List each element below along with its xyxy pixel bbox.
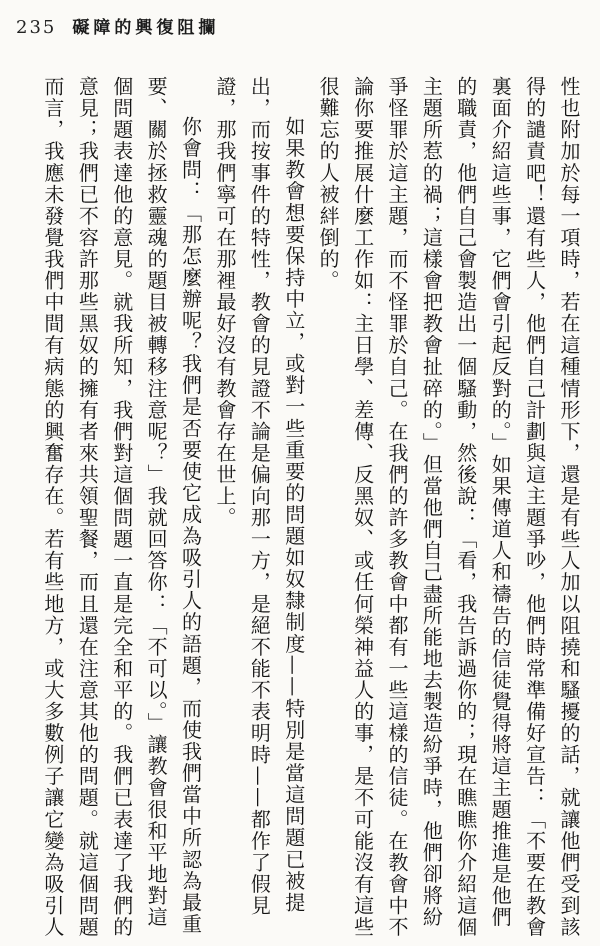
- page-number: 235: [16, 17, 56, 38]
- paragraph-2: 如果教會想要保持中立，或對一些重要的問題如奴隸制度——特別是當這問題已被提出，而…: [208, 76, 311, 940]
- paragraph-3: 你會問：「那怎麼辦呢？我們是否要使它成為吸引人的語題，而使我們當中所認為最重要、…: [36, 76, 208, 940]
- page-header: 235 礙障的興復阻攔: [16, 13, 219, 38]
- paragraph-1: 性也附加於每一項時，若在這種情形下，還是有些人加以阻撓和騷擾的話，就讓他們受到該…: [311, 76, 586, 940]
- book-page: 235 礙障的興復阻攔 性也附加於每一項時，若在這種情形下，還是有些人加以阻撓和…: [0, 0, 600, 946]
- body-text: 性也附加於每一項時，若在這種情形下，還是有些人加以阻撓和騷擾的話，就讓他們受到該…: [30, 76, 586, 940]
- running-title: 礙障的興復阻攔: [72, 13, 219, 38]
